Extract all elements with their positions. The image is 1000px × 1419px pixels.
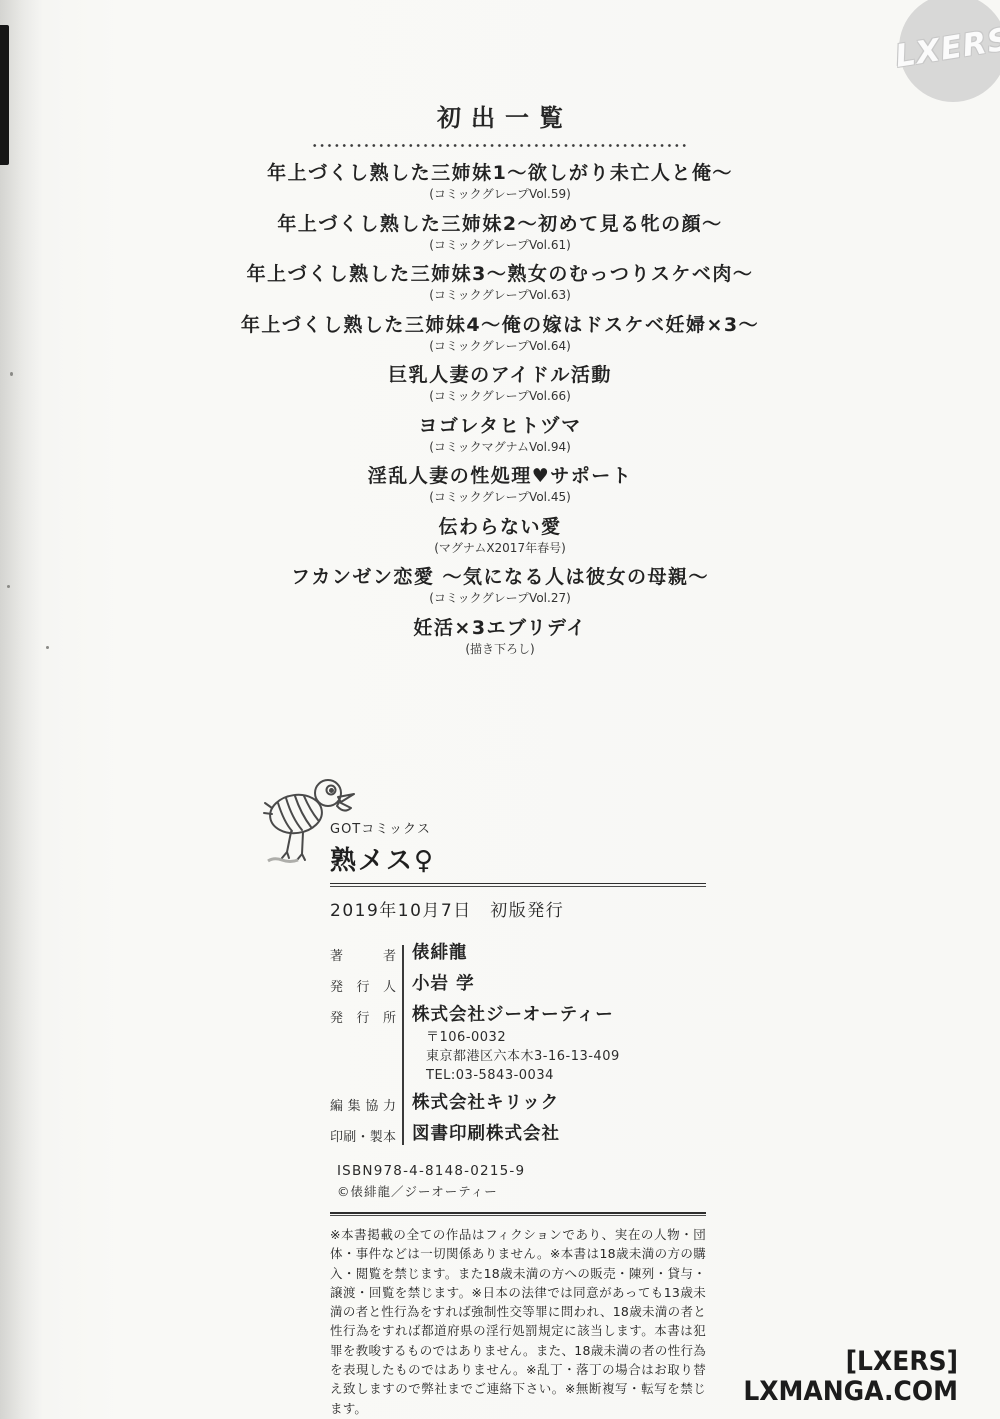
list-item: ヨゴレタヒトヅマ (コミックマグナムVol.94) xyxy=(0,415,1000,455)
table-row: 印刷・製本 図書印刷株式会社 xyxy=(330,1122,706,1147)
table-row: 発 行 所 株式会社ジーオーティー 〒106-0032 東京都港区六本木3-16… xyxy=(330,1003,706,1085)
table-row: 著 者 俵緋龍 xyxy=(330,941,706,966)
chapter-source: (コミックグレープVol.61) xyxy=(0,238,1000,253)
row-label: 印刷・製本 xyxy=(330,1122,396,1145)
table-divider-line xyxy=(402,945,404,1145)
site-watermark: [LXERS] LXMANGA.COM xyxy=(743,1346,958,1406)
edition-date: 2019年10月7日 初版発行 xyxy=(330,896,706,921)
table-row: 発 行 人 小岩 学 xyxy=(330,972,706,997)
table-row: 編 集 協 力 株式会社キリック xyxy=(330,1091,706,1116)
chapter-title: 年上づくし熟した三姉妹4～俺の嫁はドスケベ妊婦×3～ xyxy=(0,314,1000,337)
lxers-watermark-badge: LXERS xyxy=(899,0,1000,102)
site-watermark-line1: [LXERS] xyxy=(743,1346,958,1376)
chapter-title: 年上づくし熟した三姉妹3～熟女のむっつりスケベ肉～ xyxy=(0,263,1000,286)
chapter-source: (コミックグレープVol.63) xyxy=(0,288,1000,303)
chapter-source: (コミックグレープVol.59) xyxy=(0,187,1000,202)
list-item: 巨乳人妻のアイドル活動 (コミックグレープVol.66) xyxy=(0,364,1000,404)
publisher-phone: TEL:03-5843-0034 xyxy=(412,1066,620,1085)
book-title: 熟メス♀ xyxy=(330,840,706,877)
list-item: 淫乱人妻の性処理♥サポート (コミックグレープVol.45) xyxy=(0,465,1000,505)
row-label: 著 者 xyxy=(330,941,396,964)
list-item: 年上づくし熟した三姉妹1～欲しがり未亡人と俺～ (コミックグレープVol.59) xyxy=(0,162,1000,202)
disclaimer-text: ※本書掲載の全ての作品はフィクションであり、実在の人物・団体・事件などは一切関係… xyxy=(330,1225,706,1418)
list-item: フカンゼン恋愛 ～気になる人は彼女の母親～ (コミックグレープVol.27) xyxy=(0,566,1000,606)
list-item: 年上づくし熟した三姉妹2～初めて見る牝の顔～ (コミックグレープVol.61) xyxy=(0,213,1000,253)
list-item: 伝わらない愛 (マグナムX2017年春号) xyxy=(0,516,1000,556)
chapter-title: フカンゼン恋愛 ～気になる人は彼女の母親～ xyxy=(0,566,1000,589)
chapter-title: ヨゴレタヒトヅマ xyxy=(0,415,1000,438)
row-label: 発 行 人 xyxy=(330,972,396,995)
colophon: GOTコミックス 熟メス♀ 2019年10月7日 初版発行 著 者 俵緋龍 発 … xyxy=(330,818,706,1418)
imprint-series-label: GOTコミックス xyxy=(330,818,706,837)
page-title: 初出一覧 xyxy=(0,98,1000,133)
title-rule xyxy=(330,883,706,887)
chapter-source: (マグナムX2017年春号) xyxy=(0,541,1000,556)
chapter-title: 巨乳人妻のアイドル活動 xyxy=(0,364,1000,387)
chapter-title: 伝わらない愛 xyxy=(0,516,1000,539)
site-watermark-line2: LXMANGA.COM xyxy=(743,1376,958,1406)
isbn: ISBN978-4-8148-0215-9 xyxy=(330,1163,706,1179)
dotted-divider xyxy=(311,143,689,148)
chapter-source: (コミックグレープVol.27) xyxy=(0,591,1000,606)
row-value: 株式会社ジーオーティー xyxy=(412,1003,620,1028)
chapter-title: 年上づくし熟した三姉妹1～欲しがり未亡人と俺～ xyxy=(0,162,1000,185)
double-rule xyxy=(330,1212,706,1216)
scanned-colophon-page: LXERS 初出一覧 年上づくし熟した三姉妹1～欲しがり未亡人と俺～ (コミック… xyxy=(0,0,1000,1419)
row-value: 株式会社キリック xyxy=(412,1091,559,1116)
chapter-source: (コミックグレープVol.64) xyxy=(0,339,1000,354)
chapter-title: 妊活×3エブリデイ xyxy=(0,617,1000,640)
chapter-source: (コミックグレープVol.66) xyxy=(0,389,1000,404)
row-value: 図書印刷株式会社 xyxy=(412,1122,560,1147)
list-item: 年上づくし熟した三姉妹4～俺の嫁はドスケベ妊婦×3～ (コミックグレープVol.… xyxy=(0,314,1000,354)
publisher-postal-code: 〒106-0032 xyxy=(412,1028,620,1047)
row-value: 俵緋龍 xyxy=(412,941,468,966)
copyright: ©俵緋龍／ジーオーティー xyxy=(330,1182,706,1200)
chapter-source: (描き下ろし) xyxy=(0,642,1000,657)
row-label: 編 集 協 力 xyxy=(330,1091,396,1114)
chapter-title: 淫乱人妻の性処理♥サポート xyxy=(0,465,1000,488)
row-value: 小岩 学 xyxy=(412,972,475,997)
chapter-source: (コミックマグナムVol.94) xyxy=(0,440,1000,455)
first-publication-list: 初出一覧 年上づくし熟した三姉妹1～欲しがり未亡人と俺～ (コミックグレープVo… xyxy=(0,98,1000,667)
list-item: 年上づくし熟した三姉妹3～熟女のむっつりスケベ肉～ (コミックグレープVol.6… xyxy=(0,263,1000,303)
chapter-title: 年上づくし熟した三姉妹2～初めて見る牝の顔～ xyxy=(0,213,1000,236)
imprint-table: 著 者 俵緋龍 発 行 人 小岩 学 発 行 所 株式会社ジーオーティー 〒10… xyxy=(330,941,706,1147)
publisher-address: 東京都港区六本木3-16-13-409 xyxy=(412,1047,620,1066)
chapter-source: (コミックグレープVol.45) xyxy=(0,490,1000,505)
lxers-watermark-text: LXERS xyxy=(893,21,1000,75)
list-item: 妊活×3エブリデイ (描き下ろし) xyxy=(0,617,1000,657)
row-label: 発 行 所 xyxy=(330,1003,396,1026)
